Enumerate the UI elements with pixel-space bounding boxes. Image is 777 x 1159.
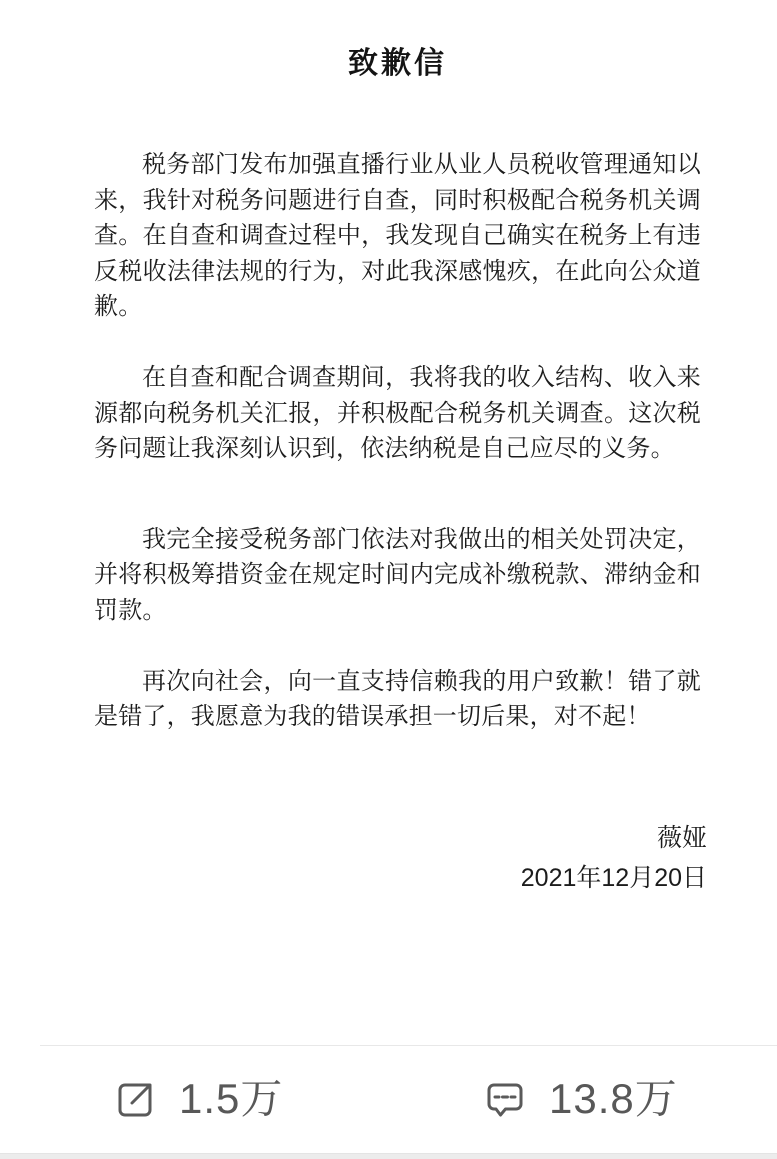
bottom-edge-strip xyxy=(0,1153,777,1159)
signature-name: 薇娅 xyxy=(521,818,707,858)
apology-letter-page: 致歉信 税务部门发布加强直播行业从业人员税收管理通知以来，我针对税务问题进行自查… xyxy=(0,0,777,1159)
share-button[interactable]: 1.5万 xyxy=(112,1076,283,1122)
letter-paragraph-1: 税务部门发布加强直播行业从业人员税收管理通知以来，我针对税务问题进行自查，同时积… xyxy=(94,147,701,325)
share-forward-icon xyxy=(112,1076,157,1122)
letter-paragraph-3: 我完全接受税务部门依法对我做出的相关处罚决定，并将积极筹措资金在规定时间内完成补… xyxy=(94,522,701,629)
signature-date: 2021年12月20日 xyxy=(521,858,707,898)
comment-button[interactable]: 13.8万 xyxy=(482,1076,678,1122)
share-count: 1.5万 xyxy=(179,1076,283,1122)
letter-title: 致歉信 xyxy=(94,38,701,82)
signature-block: 薇娅 2021年12月20日 xyxy=(521,818,707,898)
comment-count: 13.8万 xyxy=(549,1076,678,1122)
letter-body: 税务部门发布加强直播行业从业人员税收管理通知以来，我针对税务问题进行自查，同时积… xyxy=(94,147,701,770)
letter-paragraph-4: 再次向社会，向一直支持信赖我的用户致歉！错了就是错了，我愿意为我的错误承担一切后… xyxy=(94,664,701,735)
footer-divider xyxy=(40,1045,777,1046)
comment-bubble-icon xyxy=(482,1076,527,1122)
letter-paragraph-2: 在自查和配合调查期间，我将我的收入结构、收入来源都向税务机关汇报，并积极配合税务… xyxy=(94,360,701,467)
